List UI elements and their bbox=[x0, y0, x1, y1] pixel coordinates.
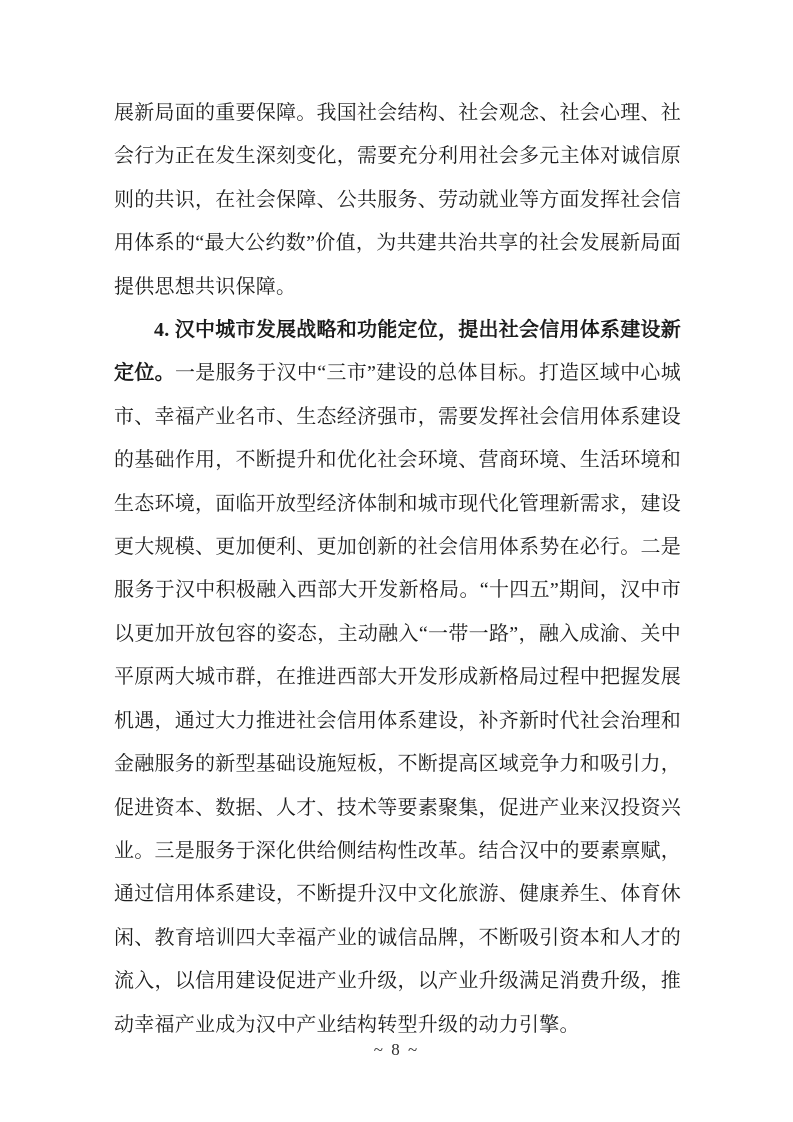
text-run: 一是服务于汉中“三市”建设的总体目标。打造区域中心城市、幸福产业名市、生态经济强… bbox=[114, 362, 681, 1035]
document-page: 展新局面的重要保障。我国社会结构、社会观念、社会心理、社会行为正在发生深刻变化，… bbox=[0, 0, 793, 1122]
text-run: 展新局面的重要保障。我国社会结构、社会观念、社会心理、社会行为正在发生深刻变化，… bbox=[114, 102, 681, 298]
paragraph: 4. 汉中城市发展战略和功能定位，提出社会信用体系建设新定位。一是服务于汉中“三… bbox=[114, 309, 681, 1047]
paragraph: 展新局面的重要保障。我国社会结构、社会观念、社会心理、社会行为正在发生深刻变化，… bbox=[114, 92, 681, 309]
document-body: 展新局面的重要保障。我国社会结构、社会观念、社会心理、社会行为正在发生深刻变化，… bbox=[114, 92, 681, 1047]
page-number: ~ 8 ~ bbox=[0, 1040, 793, 1060]
